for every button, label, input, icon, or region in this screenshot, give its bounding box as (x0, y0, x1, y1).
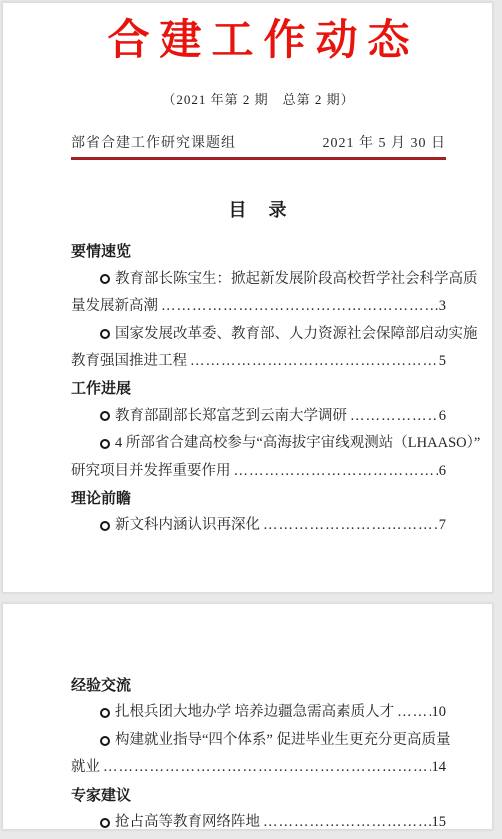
dot-leader: …………………………………………………………………………………………………………… (263, 512, 438, 539)
masthead-date: 2021 年 5 月 30 日 (323, 132, 447, 152)
toc-item-text: 教育部副部长郑富芝到云南大学调研 (115, 403, 347, 430)
toc-item-line: 抢占高等教育网络阵地………………………………………………………………………………… (71, 809, 446, 836)
toc-section-title: 工作进展 (71, 375, 446, 402)
toc-item-text: 研究项目并发挥重要作用 (71, 458, 231, 485)
toc-section-title: 专家建议 (71, 782, 446, 809)
circle-bullet-icon (100, 411, 110, 421)
toc-page2: 经验交流扎根兵团大地办学 培养边疆急需高素质人才…………………………………………… (71, 672, 446, 836)
masthead-rule (71, 157, 446, 160)
toc-item-text: 抢占高等教育网络阵地 (115, 809, 260, 836)
page-2: 经验交流扎根兵团大地办学 培养边疆急需高素质人才…………………………………………… (2, 603, 493, 830)
toc-item-line: 教育部长陈宝生：掀起新发展阶段高校哲学社会科学高质 (71, 266, 446, 293)
toc-page1: 要情速览教育部长陈宝生：掀起新发展阶段高校哲学社会科学高质量发展新高潮……………… (71, 238, 446, 539)
circle-bullet-icon (100, 818, 110, 828)
toc-item-line: 新文科内涵认识再深化………………………………………………………………………………… (71, 512, 446, 539)
page-1: 合建工作动态 （2021 年第 2 期 总第 2 期） 部省合建工作研究课题组 … (2, 2, 493, 593)
toc-item-text: 构建就业指导“四个体系” 促进毕业生更充分更高质量 (115, 727, 451, 754)
circle-bullet-icon (100, 439, 110, 449)
masthead-organization: 部省合建工作研究课题组 (71, 132, 236, 152)
toc-page-number: 15 (432, 809, 447, 836)
toc-item-line: 国家发展改革委、教育部、人力资源社会保障部启动实施 (71, 321, 446, 348)
toc-item-text: 教育部长陈宝生：掀起新发展阶段高校哲学社会科学高质 (115, 266, 478, 293)
toc-item-line: 构建就业指导“四个体系” 促进毕业生更充分更高质量 (71, 727, 446, 754)
toc-section-title: 经验交流 (71, 672, 446, 699)
circle-bullet-icon (100, 329, 110, 339)
dot-leader: …………………………………………………………………………………………………………… (263, 809, 431, 836)
dot-leader: …………………………………………………………………………………………………………… (234, 458, 438, 485)
document-title: 合建工作动态 (71, 17, 446, 65)
dot-leader: …………………………………………………………………………………………………………… (161, 293, 438, 320)
toc-section-title: 理论前瞻 (71, 485, 446, 512)
toc-item-text: 新文科内涵认识再深化 (115, 512, 260, 539)
toc-item-text: 4 所部省合建高校参与“高海拔宇宙线观测站（LHAASO）” (115, 430, 480, 457)
toc-item-text: 扎根兵团大地办学 培养边疆急需高素质人才 (115, 699, 394, 726)
toc-heading: 目 录 (71, 196, 446, 222)
circle-bullet-icon (100, 736, 110, 746)
toc-item-line: 量发展新高潮…………………………………………………………………………………………… (71, 293, 446, 320)
toc-item-text: 就业 (71, 754, 100, 781)
toc-item-line: 研究项目并发挥重要作用……………………………………………………………………………… (71, 458, 446, 485)
toc-page-number: 7 (439, 512, 446, 539)
circle-bullet-icon (100, 708, 110, 718)
toc-page-number: 5 (439, 348, 446, 375)
masthead: 部省合建工作研究课题组 2021 年 5 月 30 日 (71, 132, 446, 152)
issue-line: （2021 年第 2 期 总第 2 期） (71, 89, 446, 108)
dot-leader: …………………………………………………………………………………………………………… (103, 754, 431, 781)
toc-page-number: 6 (439, 458, 446, 485)
dot-leader: …………………………………………………………………………………………………………… (350, 403, 438, 430)
toc-item-line: 就业……………………………………………………………………………………………………… (71, 754, 446, 781)
dot-leader: …………………………………………………………………………………………………………… (190, 348, 438, 375)
toc-item-line: 教育强国推进工程……………………………………………………………………………………… (71, 348, 446, 375)
toc-item-line: 扎根兵团大地办学 培养边疆急需高素质人才……………………………………………………… (71, 699, 446, 726)
toc-item-text: 量发展新高潮 (71, 293, 158, 320)
toc-item-line: 4 所部省合建高校参与“高海拔宇宙线观测站（LHAASO）” (71, 430, 446, 457)
dot-leader: …………………………………………………………………………………………………………… (397, 699, 430, 726)
toc-item-text: 教育强国推进工程 (71, 348, 187, 375)
document-viewer: 合建工作动态 （2021 年第 2 期 总第 2 期） 部省合建工作研究课题组 … (0, 0, 502, 839)
toc-page-number: 3 (439, 293, 446, 320)
toc-page-number: 10 (432, 699, 447, 726)
circle-bullet-icon (100, 274, 110, 284)
toc-page-number: 14 (432, 754, 447, 781)
toc-section-title: 要情速览 (71, 238, 446, 265)
circle-bullet-icon (100, 521, 110, 531)
toc-page-number: 6 (439, 403, 446, 430)
toc-item-text: 国家发展改革委、教育部、人力资源社会保障部启动实施 (115, 321, 478, 348)
toc-item-line: 教育部副部长郑富芝到云南大学调研………………………………………………………………… (71, 403, 446, 430)
